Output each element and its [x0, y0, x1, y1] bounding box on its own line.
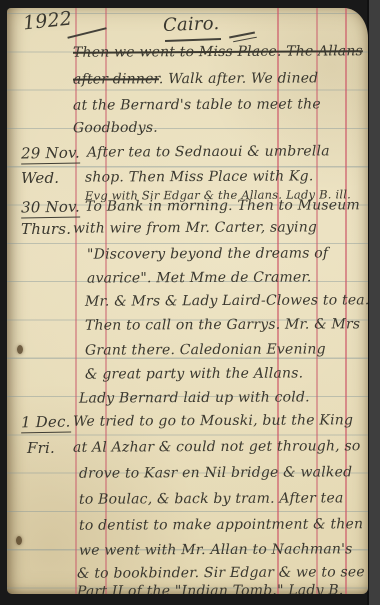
entry-text: Part II of the "Indian Tomb." Lady B.: [77, 582, 344, 594]
entry-date: Fri.: [27, 439, 55, 457]
entry-date: 30 Nov.: [21, 197, 80, 218]
entry-text: Then to call on the Garrys. Mr. & Mrs: [85, 316, 360, 333]
entry-text: Lady Bernard laid up with cold.: [79, 389, 310, 406]
entry-date: 1 Dec.: [21, 413, 71, 434]
entry-text: Then we went to Miss Place. The Allans: [73, 43, 363, 61]
entry-text: at Al Azhar & could not get through, so: [73, 438, 361, 456]
diary-line: Then we went to Miss Place. The Allans: [7, 44, 368, 70]
entry-text: at the Bernard's table to meet the: [73, 96, 321, 113]
diary-line: 1 Dec. We tried to go to Mouski, but the…: [7, 413, 368, 439]
diary-line: drove to Kasr en Nil bridge & walked: [7, 465, 368, 491]
entry-text: & great party with the Allans.: [85, 365, 303, 382]
diary-line: Mr. & Mrs & Lady Laird-Clowes to tea.: [7, 293, 368, 319]
entry-text: Grant there. Caledonian Evening: [85, 341, 326, 358]
entry-text: "Discovery beyond the dreams of: [87, 245, 328, 262]
entry-text: avarice". Met Mme de Cramer.: [87, 269, 312, 286]
diary-line: after dinner. Walk after. We dined: [7, 71, 368, 97]
diary-line: to Boulac, & back by tram. After tea: [7, 491, 368, 517]
entry-date: Thurs.: [21, 220, 71, 238]
page-title: Cairo.: [163, 13, 220, 36]
entry-text: to dentist to make appointment & then: [79, 516, 363, 533]
diary-line: to dentist to make appointment & then: [7, 517, 368, 543]
diary-page: 1922 Cairo. Then we went to Miss Place. …: [7, 8, 368, 594]
strikethrough-text: Then we went to Miss Place. The Allans: [73, 43, 363, 61]
entry-text: After tea to Sednaoui & umbrella: [87, 143, 330, 160]
diary-line: 29 Nov. After tea to Sednaoui & umbrella: [7, 144, 368, 170]
diary-line: "Discovery beyond the dreams of: [7, 246, 368, 272]
diary-line: Then to call on the Garrys. Mr. & Mrs: [7, 317, 368, 343]
entry-date: 29 Nov.: [21, 143, 80, 164]
diary-line: Goodbodys.: [7, 120, 368, 146]
entry-text: we went with Mr. Allan to Nachman's: [79, 541, 353, 558]
entry-text: & to bookbinder. Sir Edgar & we to see: [77, 564, 365, 582]
entry-text: . Walk after. We dined: [159, 70, 319, 87]
diary-line: & great party with the Allans.: [7, 366, 368, 392]
entry-text: drove to Kasr en Nil bridge & walked: [79, 464, 352, 481]
diary-line: Part II of the "Indian Tomb." Lady B.: [7, 583, 368, 594]
entry-text: with wire from Mr. Carter, saying: [73, 219, 317, 236]
diary-line: Fri. at Al Azhar & could not get through…: [7, 439, 368, 465]
diary-line: Grant there. Caledonian Evening: [7, 342, 368, 368]
diary-scan: 1922 Cairo. Then we went to Miss Place. …: [0, 0, 380, 605]
entry-date: Wed.: [21, 169, 59, 187]
book-edge: [367, 0, 380, 605]
entry-text: shop. Then Miss Place with Kg.: [85, 168, 314, 185]
entry-text: Goodbodys.: [73, 120, 158, 136]
strikethrough-text: after dinner: [73, 71, 159, 87]
entry-text: To Bank in morning. Then to Museum: [85, 197, 360, 214]
entry-text: to Boulac, & back by tram. After tea: [79, 490, 344, 507]
entry-text: after dinner. Walk after. We dined: [73, 70, 318, 87]
diary-line: Thurs. with wire from Mr. Carter, saying: [7, 220, 368, 246]
entry-text: We tried to go to Mouski, but the King: [73, 412, 353, 429]
entry-text: Mr. & Mrs & Lady Laird-Clowes to tea.: [85, 292, 368, 309]
